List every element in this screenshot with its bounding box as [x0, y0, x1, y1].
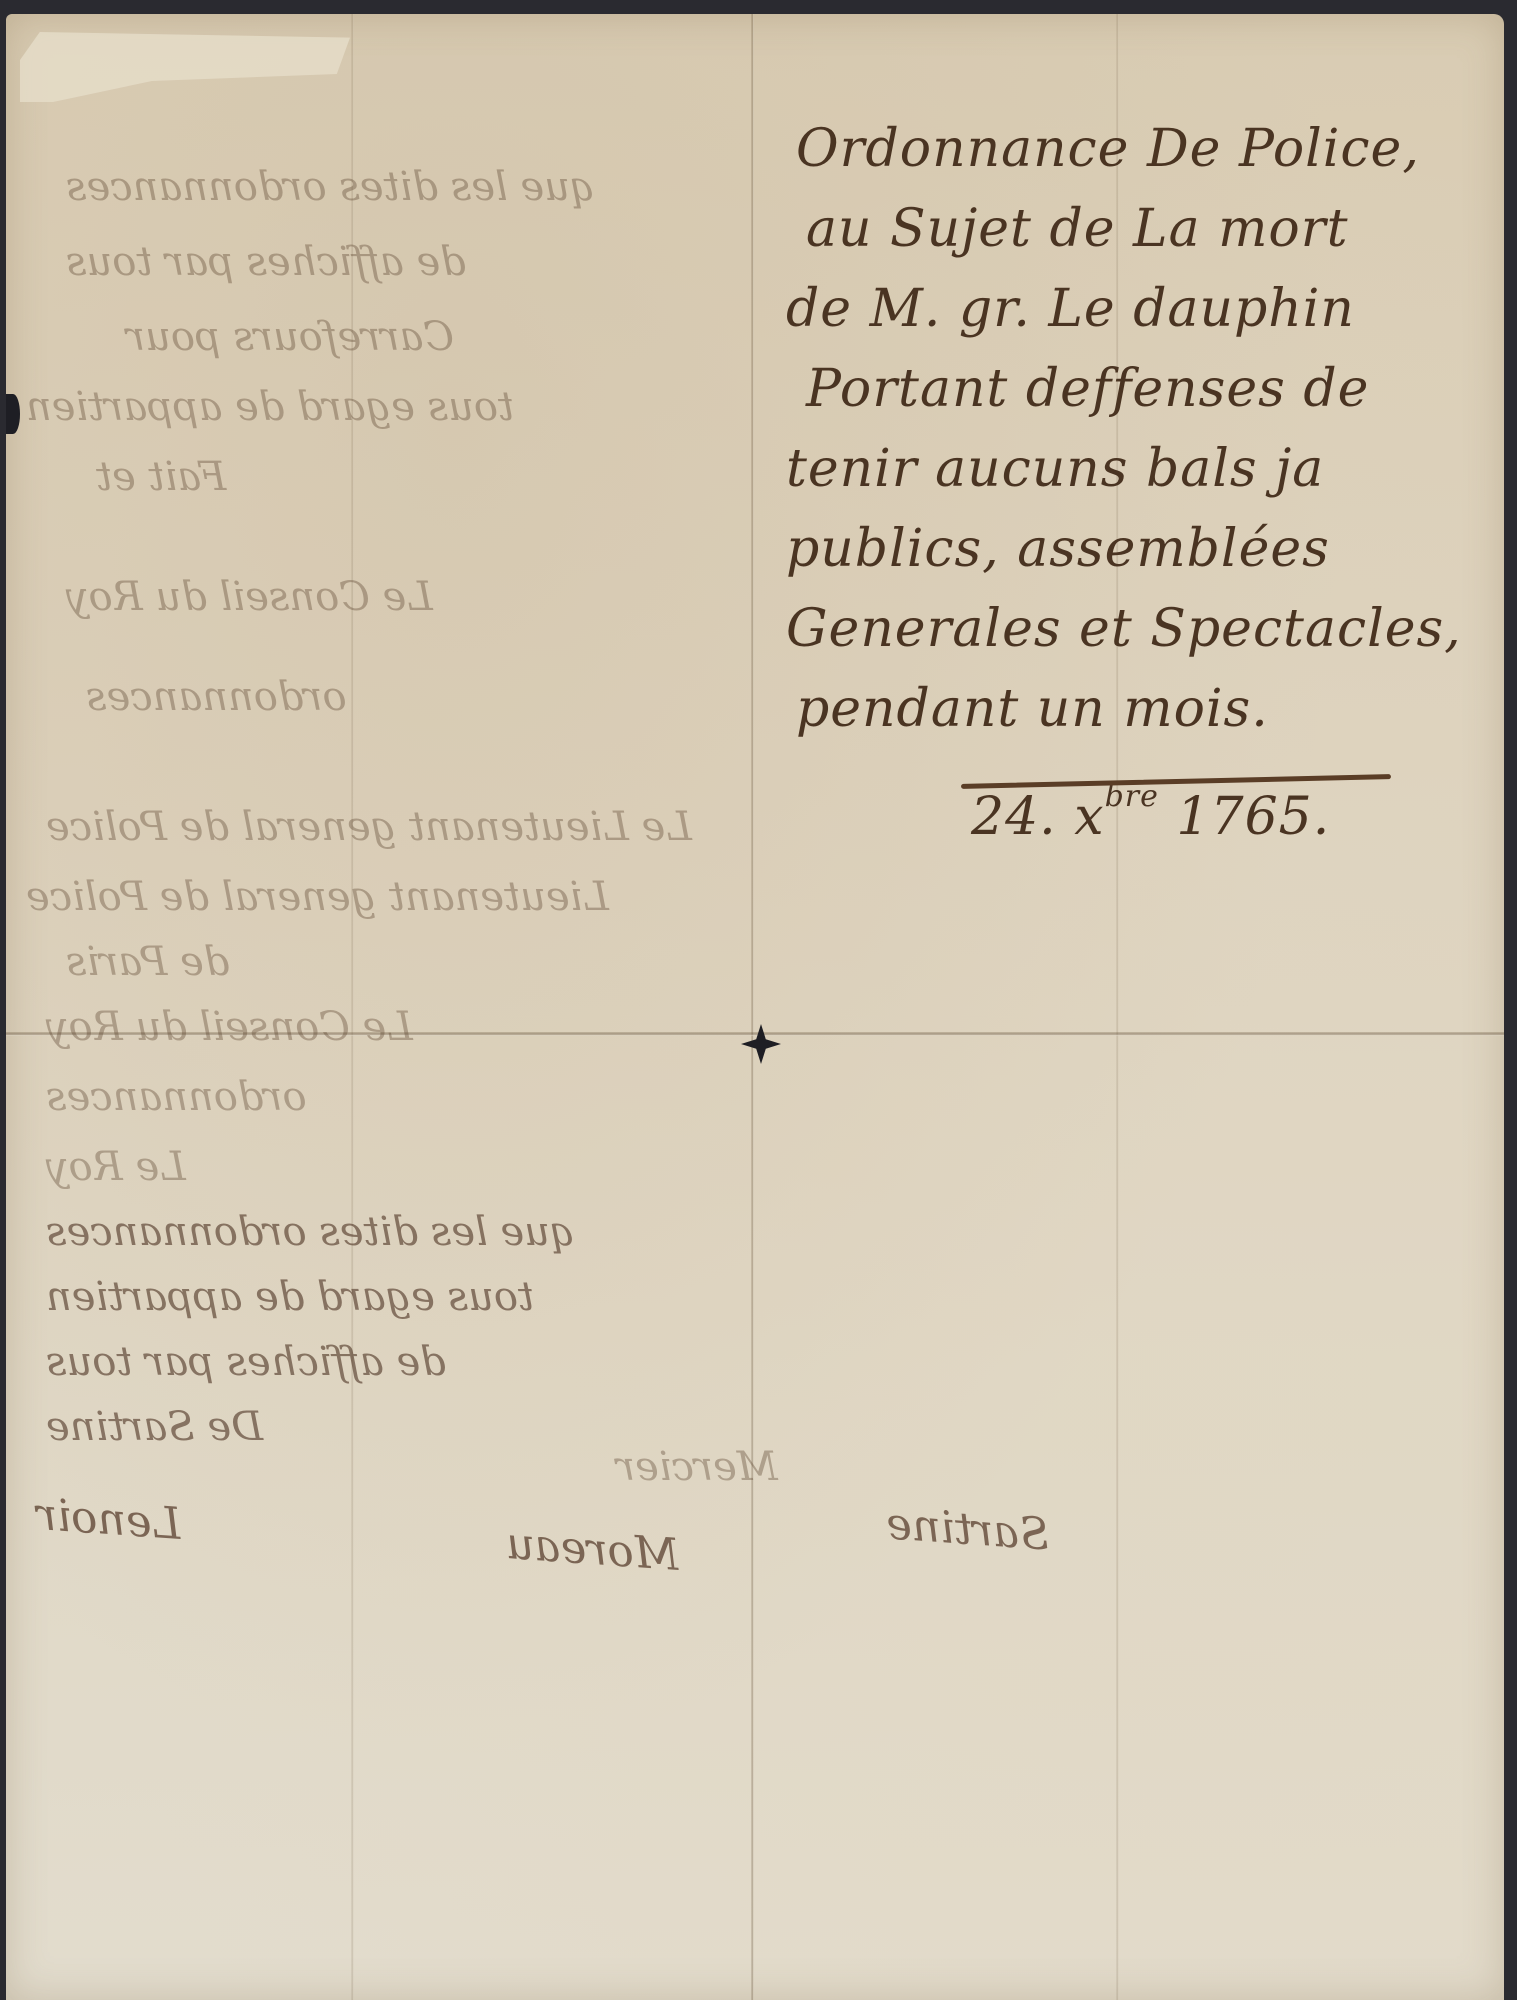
- docket-line: au Sujet de La mort: [781, 189, 1481, 269]
- signature: Moreau: [504, 1518, 680, 1581]
- bleed-line: tous egard de appartien: [26, 384, 514, 430]
- docket-line: Generales et Spectacles,: [781, 589, 1481, 669]
- bleed-line: tous egard de appartien: [46, 1274, 534, 1320]
- bleed-line: de Paris: [66, 939, 229, 985]
- bleed-line: de affiches par tous: [46, 1339, 446, 1385]
- fold-hole: [741, 1024, 781, 1064]
- manuscript-page: que les dites ordonnances de affiches pa…: [6, 14, 1504, 2000]
- bleed-line: ordonnances: [86, 674, 347, 720]
- docket-line: publics, assemblées: [781, 509, 1481, 589]
- bleed-line: Lieutenant general de Police: [26, 874, 609, 920]
- torn-corner: [20, 32, 350, 102]
- docket-line: tenir aucuns bals ja: [781, 429, 1481, 509]
- bleed-line: Fait et: [96, 454, 226, 500]
- edge-tear: [6, 394, 20, 434]
- docket-date: 24. xbre 1765.: [781, 757, 1481, 857]
- bleed-line: de affiches par tous: [66, 239, 466, 285]
- bleed-line: Le Conseil du Roy: [46, 1004, 413, 1050]
- bleed-line: De Sartine: [46, 1404, 263, 1450]
- bleed-line: ordonnances: [46, 1074, 307, 1120]
- date-year: 1765.: [1176, 787, 1330, 847]
- bleed-line: Carrefours pour: [126, 314, 454, 360]
- vertical-fold-center: [751, 14, 754, 2000]
- bleed-line: Le Roy: [46, 1144, 186, 1190]
- date-month: x: [1074, 787, 1104, 847]
- docket-line: Ordonnance De Police,: [781, 109, 1481, 189]
- bleed-line: que les dites ordonnances: [46, 1209, 575, 1255]
- signature: Sartine: [884, 1498, 1051, 1560]
- bleed-line: Le Lieutenant general de Police: [46, 804, 692, 850]
- signature: Lenoir: [34, 1489, 182, 1550]
- bleed-line: que les dites ordonnances: [66, 164, 595, 210]
- docket-title-block: Ordonnance De Police, au Sujet de La mor…: [781, 109, 1481, 857]
- date-day: 24.: [971, 787, 1057, 847]
- docket-line: Portant deffenses de: [781, 349, 1481, 429]
- docket-line: de M. gr. Le dauphin: [781, 269, 1481, 349]
- bleed-line: Le Conseil du Roy: [66, 574, 433, 620]
- docket-line: pendant un mois.: [781, 669, 1481, 749]
- bleed-line: Mercier: [616, 1444, 778, 1490]
